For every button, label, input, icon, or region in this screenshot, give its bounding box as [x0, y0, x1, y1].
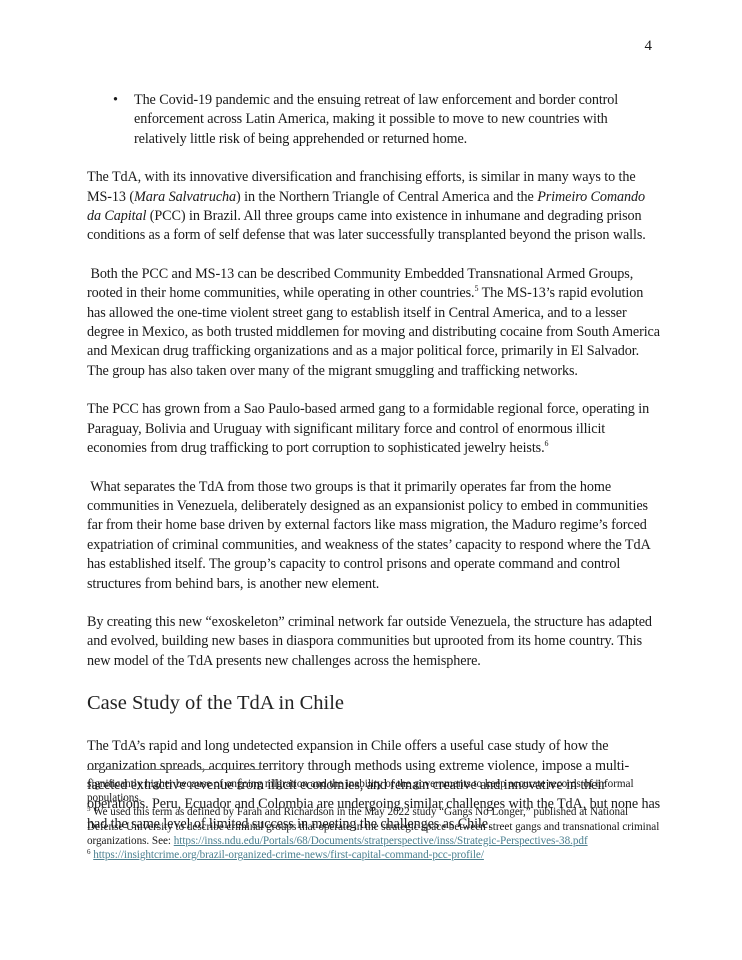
- text-run: (PCC) in Brazil. All three groups came i…: [87, 208, 646, 243]
- footnote-5-link[interactable]: https://inss.ndu.edu/Portals/68/Document…: [174, 835, 588, 847]
- bullet-list: • The Covid-19 pandemic and the ensuing …: [87, 91, 662, 149]
- text-run: ) in the Northern Triangle of Central Am…: [236, 189, 537, 205]
- bullet-item: • The Covid-19 pandemic and the ensuing …: [87, 91, 662, 149]
- paragraph-tda-separation: What separates the TdA from those two gr…: [87, 478, 662, 594]
- footnote-separator: [87, 769, 263, 770]
- bullet-text: The Covid-19 pandemic and the ensuing re…: [134, 92, 618, 147]
- footnote-5: 5 We used this term as defined by Farah …: [87, 805, 662, 848]
- paragraph-exoskeleton: By creating this new “exoskeleton” crimi…: [87, 613, 662, 671]
- footnote-6: 6 https://insightcrime.org/brazil-organi…: [87, 848, 662, 862]
- paragraph-tda-comparison: The TdA, with its innovative diversifica…: [87, 168, 662, 246]
- text-run: What separates the TdA from those two gr…: [87, 479, 650, 592]
- page-number: 4: [645, 38, 653, 55]
- paragraph-pcc-ms13: Both the PCC and MS-13 can be described …: [87, 265, 662, 381]
- footnotes: significantly higher because of ongoing …: [87, 777, 662, 862]
- bullet-icon: •: [113, 91, 118, 110]
- section-heading: Case Study of the TdA in Chile: [87, 690, 662, 716]
- footnote-6-link[interactable]: https://insightcrime.org/brazil-organize…: [93, 849, 484, 861]
- paragraph-pcc-growth: The PCC has grown from a Sao Paulo-based…: [87, 400, 662, 458]
- page-body: • The Covid-19 pandemic and the ensuing …: [87, 91, 662, 853]
- text-run: The PCC has grown from a Sao Paulo-based…: [87, 401, 649, 456]
- footnote-marker: 6: [87, 848, 90, 856]
- text-run: By creating this new “exoskeleton” crimi…: [87, 614, 652, 669]
- footnote-ref-6[interactable]: 6: [545, 439, 549, 448]
- footnote-continued: significantly higher because of ongoing …: [87, 777, 662, 805]
- italic-term-mara-salvatrucha: Mara Salvatrucha: [134, 189, 236, 205]
